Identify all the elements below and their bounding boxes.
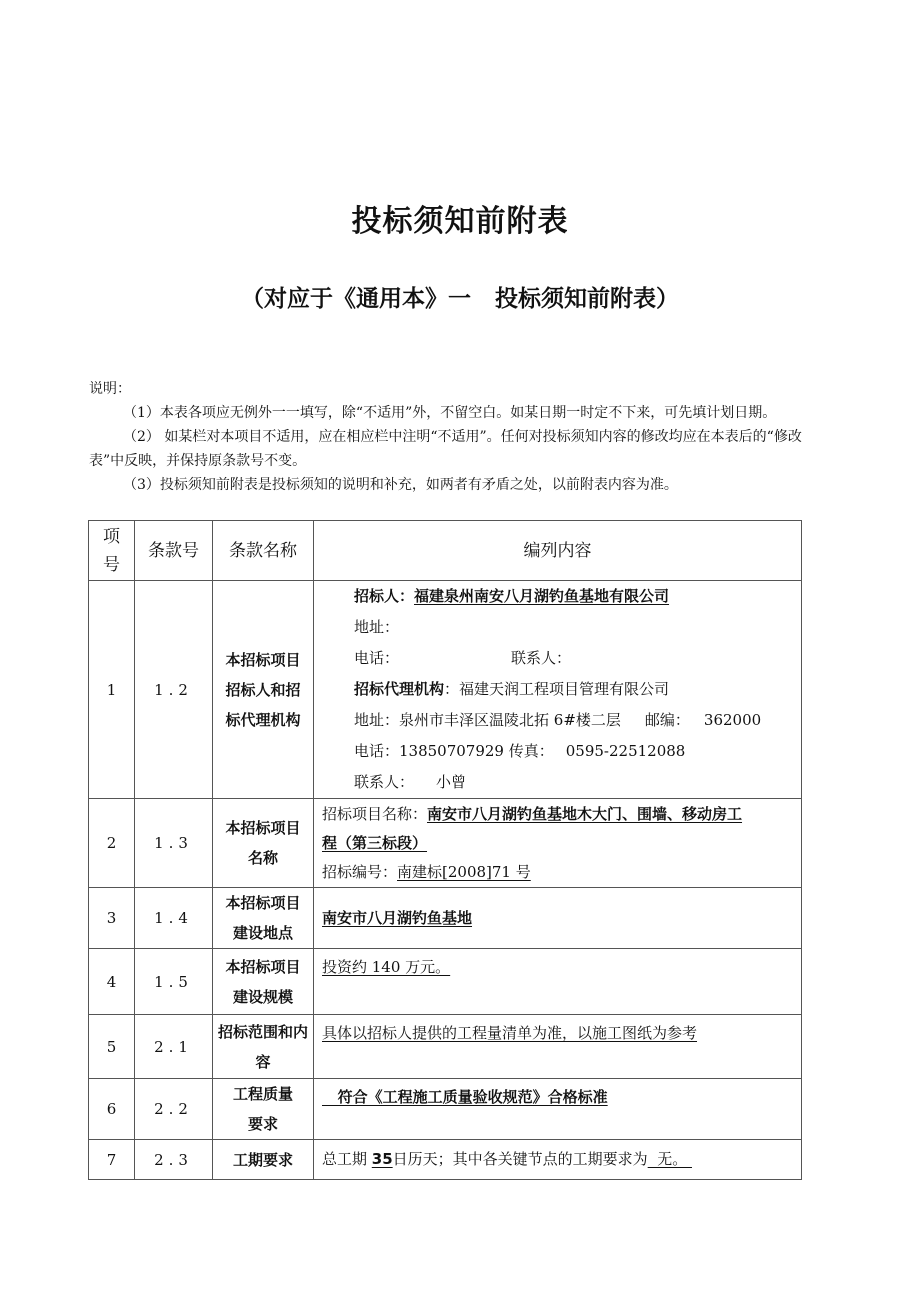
table-row: 2 1.3 本招标项目名称 招标项目名称：南安市八月湖钓鱼基地木大门、围墙、移动…	[89, 799, 802, 888]
table-row: 1 1.2 本招标项目招标人和招标代理机构 招标人：福建泉州南安八月湖钓鱼基地有…	[89, 581, 802, 799]
row-content: 投资约 140 万元。	[314, 949, 802, 1015]
table-header-row: 项号 条款号 条款名称 编列内容	[89, 521, 802, 581]
row-clause: 1.4	[135, 888, 213, 949]
row-no: 2	[89, 799, 135, 888]
duration-prefix: 总工期	[322, 1150, 372, 1168]
row-content: 招标项目名称：南安市八月湖钓鱼基地木大门、围墙、移动房工 程（第三标段） 招标编…	[314, 799, 802, 888]
table-row: 7 2.3 工期要求 总工期 35日历天；其中各关键节点的工期要求为 无。	[89, 1140, 802, 1180]
agency-address: 地址：泉州市丰泽区温陵北拓 6#楼二层	[354, 711, 621, 729]
tenderer-value: 福建泉州南安八月湖钓鱼基地有限公司	[414, 587, 669, 605]
row-no: 1	[89, 581, 135, 799]
note-item-1: （1）本表各项应无例外一一填写，除“不适用”外，不留空白。如某日期一时定不下来，…	[89, 401, 821, 425]
header-content: 编列内容	[314, 521, 802, 581]
row-content: 具体以招标人提供的工程量清单为准，以施工图纸为参考	[314, 1015, 802, 1079]
row-name: 招标范围和内容	[213, 1015, 314, 1079]
row-name: 工程质量要求	[213, 1079, 314, 1140]
quality-requirement: 符合《工程施工质量验收规范》合格标准	[322, 1088, 608, 1106]
row-name: 本招标项目建设地点	[213, 888, 314, 949]
row-clause: 2.2	[135, 1079, 213, 1140]
fax-value: 0595-22512088	[566, 742, 686, 760]
document-title: 投标须知前附表	[0, 196, 920, 240]
bid-scope: 具体以招标人提供的工程量清单为准，以施工图纸为参考	[322, 1024, 697, 1042]
construction-site: 南安市八月湖钓鱼基地	[322, 909, 472, 927]
agency-contact-label: 联系人：	[354, 773, 414, 791]
row-no: 5	[89, 1015, 135, 1079]
row-clause: 2.3	[135, 1140, 213, 1180]
note-item-2: （2） 如某栏对本项目不适用，应在相应栏中注明“不适用”。任何对投标须知内容的修…	[89, 425, 821, 473]
row-no: 7	[89, 1140, 135, 1180]
table-row: 5 2.1 招标范围和内容 具体以招标人提供的工程量清单为准，以施工图纸为参考	[89, 1015, 802, 1079]
note-item-3: （3）投标须知前附表是投标须知的说明和补充，如两者有矛盾之处，以前附表内容为准。	[89, 473, 821, 497]
row-content: 南安市八月湖钓鱼基地	[314, 888, 802, 949]
row-name: 本招标项目招标人和招标代理机构	[213, 581, 314, 799]
project-name-line2: 程（第三标段）	[322, 834, 427, 852]
agency-label: 招标代理机构	[354, 680, 444, 698]
notes-section: 说明： （1）本表各项应无例外一一填写，除“不适用”外，不留空白。如某日期一时定…	[89, 377, 821, 497]
table-row: 4 1.5 本招标项目建设规模 投资约 140 万元。	[89, 949, 802, 1015]
contact-label: 联系人：	[511, 649, 571, 667]
tenderer-label: 招标人：	[354, 587, 414, 605]
duration-middle: 日历天；其中各关键节点的工期要求为	[393, 1150, 648, 1168]
header-item-no: 项号	[89, 521, 135, 581]
row-name: 本招标项目名称	[213, 799, 314, 888]
project-no-label: 招标编号：	[322, 863, 397, 881]
project-name-label: 招标项目名称：	[322, 805, 427, 823]
document-subtitle: （对应于《通用本》一 投标须知前附表）	[0, 280, 920, 313]
row-no: 4	[89, 949, 135, 1015]
phone-label: 电话：	[354, 649, 399, 667]
row-content: 符合《工程施工质量验收规范》合格标准	[314, 1079, 802, 1140]
row-name: 本招标项目建设规模	[213, 949, 314, 1015]
header-clause-no: 条款号	[135, 521, 213, 581]
project-name-line1: 南安市八月湖钓鱼基地木大门、围墙、移动房工	[427, 805, 742, 823]
bid-appendix-table: 项号 条款号 条款名称 编列内容 1 1.2 本招标项目招标人和招标代理机构 招…	[88, 520, 802, 1180]
postcode-label: 邮编：	[645, 711, 690, 729]
row-content: 招标人：福建泉州南安八月湖钓鱼基地有限公司 地址： 电话：联系人： 招标代理机构…	[314, 581, 802, 799]
address-label: 地址：	[354, 618, 399, 636]
construction-scale: 投资约 140 万元。	[322, 958, 450, 976]
agency-phone: 电话：13850707929 传真：	[354, 742, 554, 760]
row-clause: 1.5	[135, 949, 213, 1015]
row-no: 3	[89, 888, 135, 949]
row-clause: 2.1	[135, 1015, 213, 1079]
header-clause-name: 条款名称	[213, 521, 314, 581]
project-no-value: 南建标[2008]71 号	[397, 863, 531, 881]
node-requirement: 无。	[648, 1150, 692, 1168]
row-no: 6	[89, 1079, 135, 1140]
table-row: 3 1.4 本招标项目建设地点 南安市八月湖钓鱼基地	[89, 888, 802, 949]
postcode-value: 362000	[704, 711, 761, 729]
notes-heading: 说明：	[89, 377, 821, 401]
duration-days: 35	[372, 1150, 393, 1168]
row-clause: 1.2	[135, 581, 213, 799]
agency-value: ：福建天润工程项目管理有限公司	[444, 680, 669, 698]
agency-contact-value: 小曾	[436, 773, 466, 791]
row-clause: 1.3	[135, 799, 213, 888]
row-name: 工期要求	[213, 1140, 314, 1180]
row-content: 总工期 35日历天；其中各关键节点的工期要求为 无。	[314, 1140, 802, 1180]
table-row: 6 2.2 工程质量要求 符合《工程施工质量验收规范》合格标准	[89, 1079, 802, 1140]
